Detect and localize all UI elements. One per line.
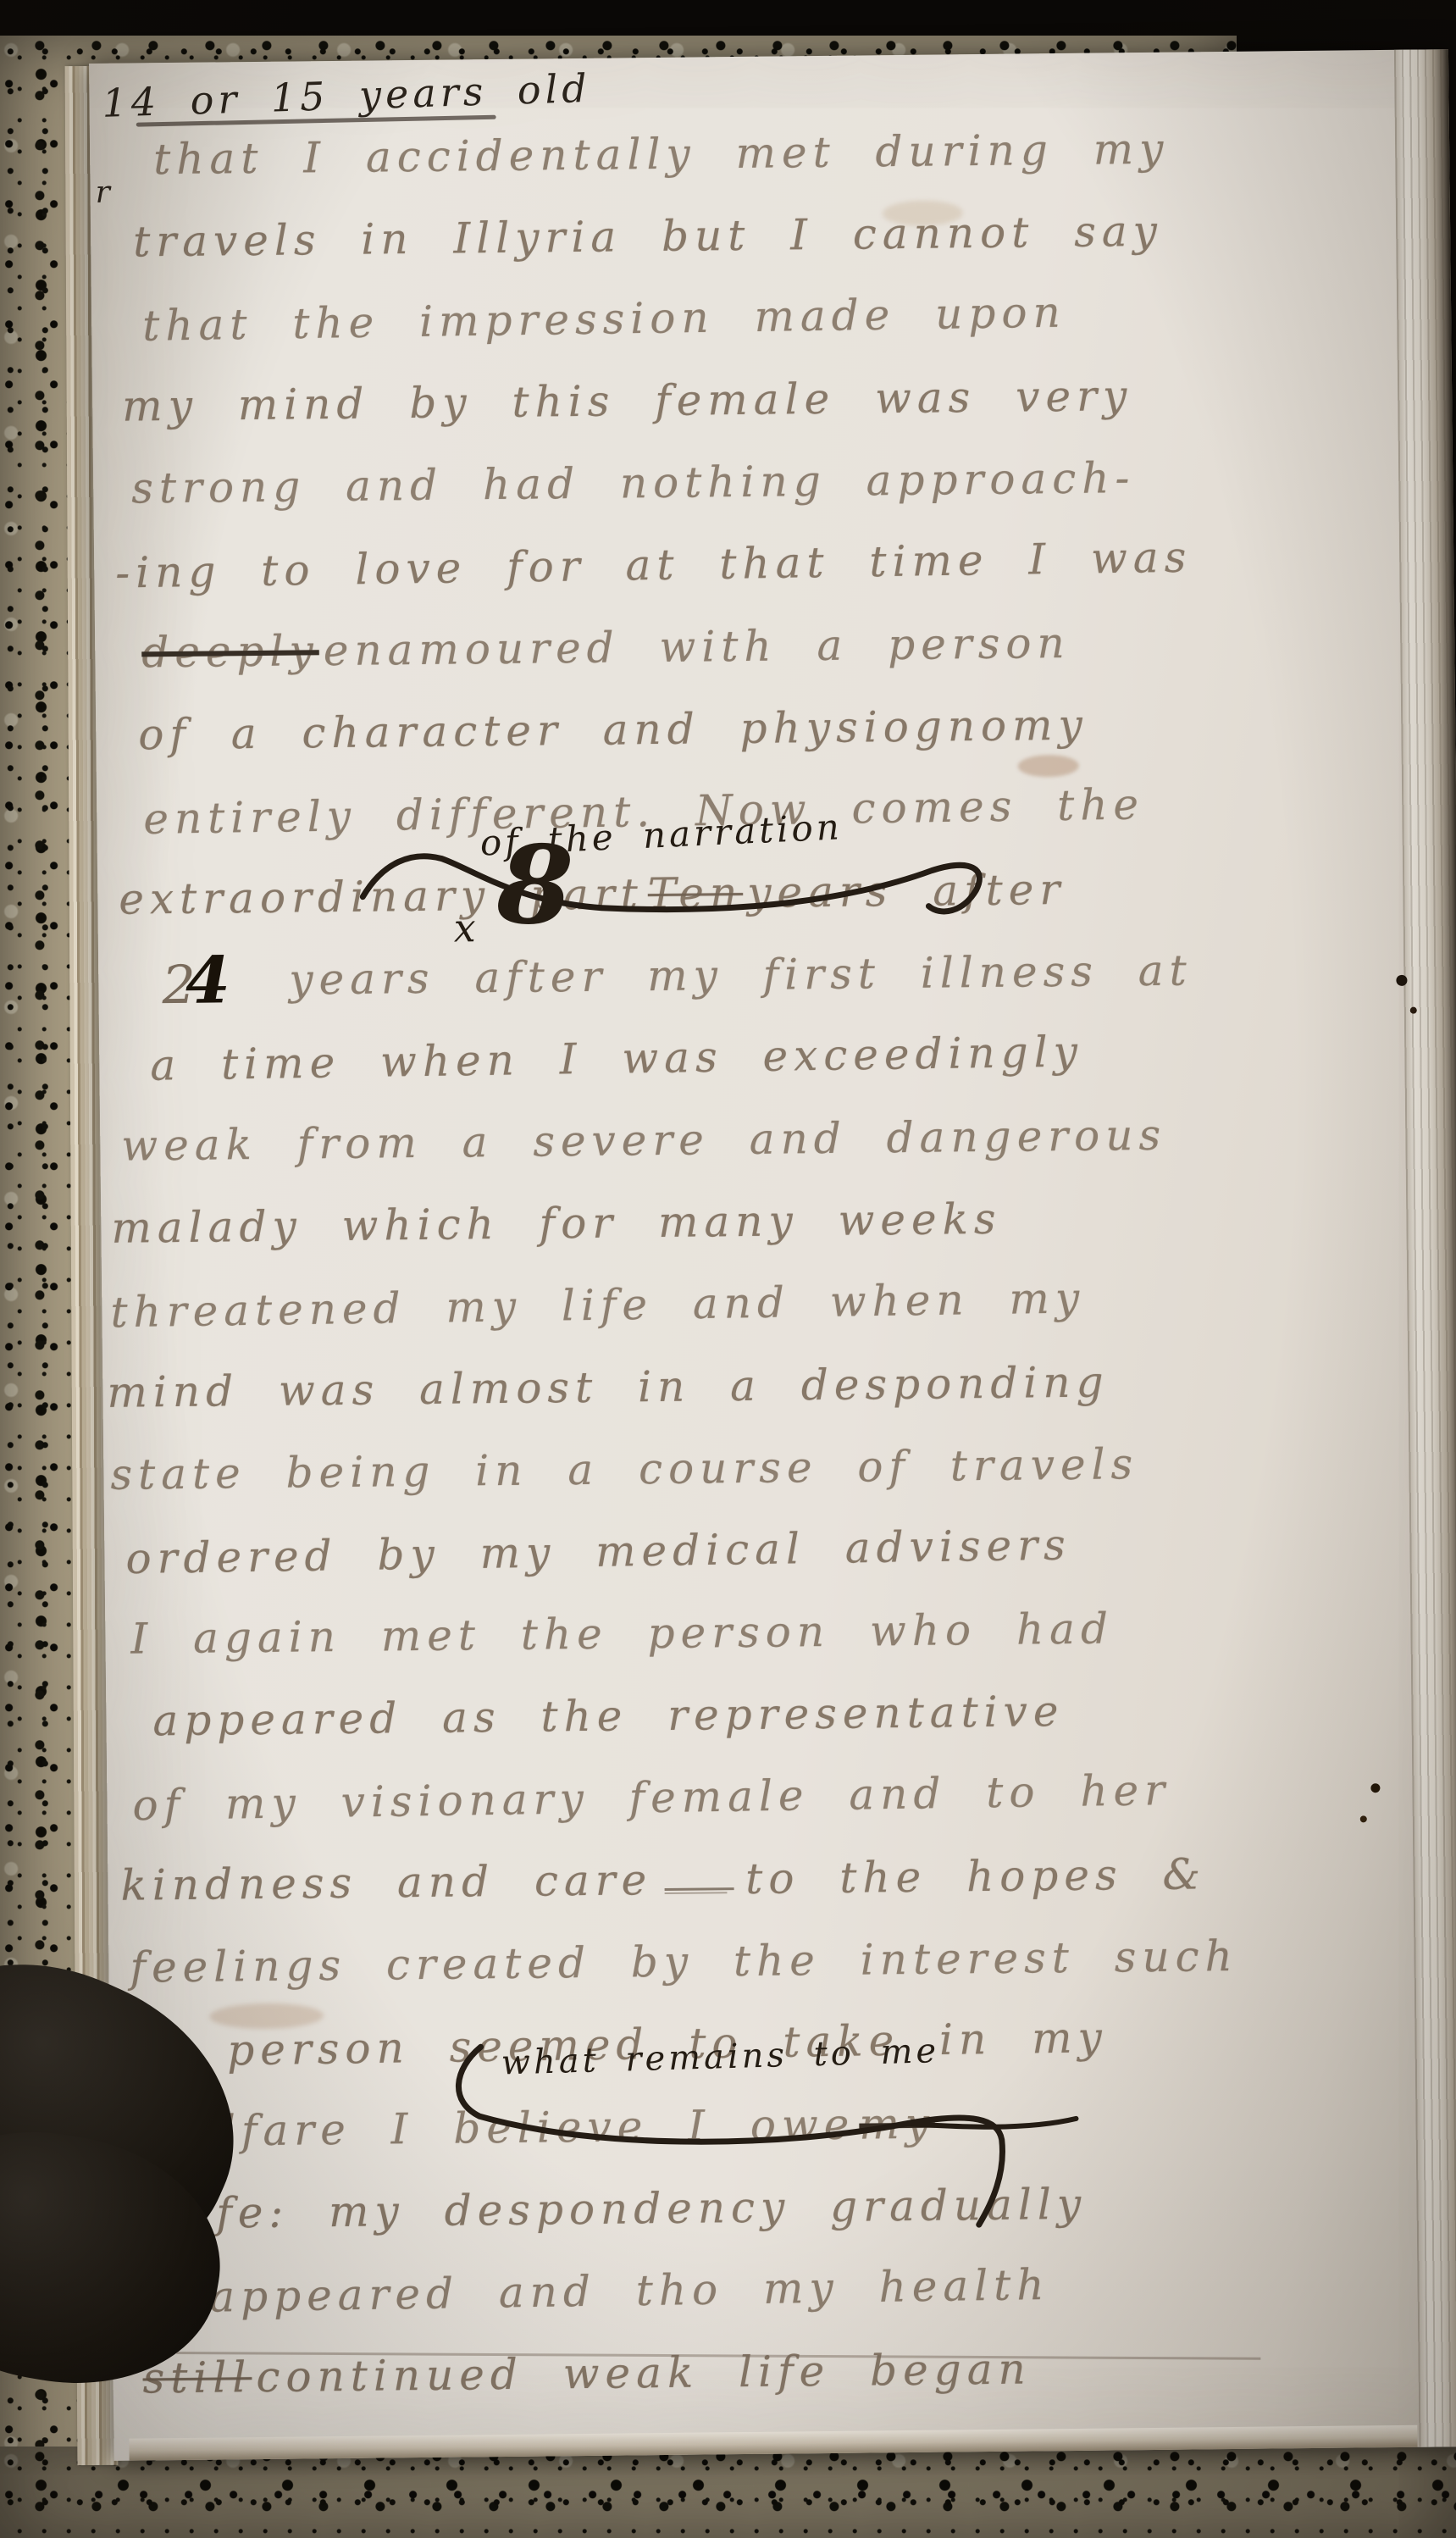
struck-scribble (664, 1884, 734, 1897)
ink-spot (1360, 1815, 1367, 1822)
figure-eight-mark: 8 (495, 830, 575, 942)
manuscript-line: weak from a severe and dangerous (121, 1108, 1405, 1204)
manuscript-line: feelings created by the interest such (130, 1930, 1414, 2025)
manuscript-photo: 14 or 15 years old r that I accidentally… (0, 0, 1456, 2538)
book-cover-marble-bottom (0, 2447, 1456, 2538)
struck-word: deeply (141, 626, 319, 677)
manuscript-line: threatened my life and when my (110, 1272, 1407, 1368)
ink-spot (1410, 1007, 1417, 1014)
manuscript-line: my mind by this female was very (122, 369, 1398, 464)
manuscript-line: malady which for many weeks (111, 1190, 1406, 1286)
manuscript-line: -ing to love for at that time I was (115, 533, 1399, 629)
manuscript-line: strong and had nothing approach- (131, 451, 1398, 546)
margin-page-number: 24 (162, 942, 230, 1018)
manuscript-line: of my visionary female and to her (132, 1765, 1412, 1861)
manuscript-line: deeply enamoured with a person (141, 615, 1400, 711)
x-mark: x (453, 905, 476, 950)
manuscript-page: 14 or 15 years old r that I accidentally… (89, 49, 1456, 2461)
manuscript-line: state being in a course of travels (110, 1437, 1409, 1532)
manuscript-line: ordered by my medical advisers (125, 1519, 1409, 1615)
manuscript-line: appeared as the representative (152, 1683, 1411, 1779)
manuscript-line: that I accidentally met during my (153, 122, 1395, 217)
manuscript-line: mind was almost in a desponding (107, 1355, 1408, 1450)
manuscript-line: 24years after my first illness at (289, 944, 1403, 1038)
manuscript-line: travels in Illyria but I cannot say (133, 204, 1396, 300)
manuscript-line: kindness and careto the hopes & (120, 1848, 1413, 1943)
manuscript-line: a time when I was exceedingly (150, 1026, 1404, 1121)
manuscript-line: I again met the person who had (130, 1601, 1410, 1697)
manuscript-line: of a character and physiognomy (138, 697, 1401, 793)
header-age-note: 14 or 15 years old (102, 65, 592, 126)
manuscript-line: that the impression made upon (142, 286, 1397, 381)
ink-spot (1370, 1783, 1380, 1793)
ink-spot (1396, 975, 1407, 986)
